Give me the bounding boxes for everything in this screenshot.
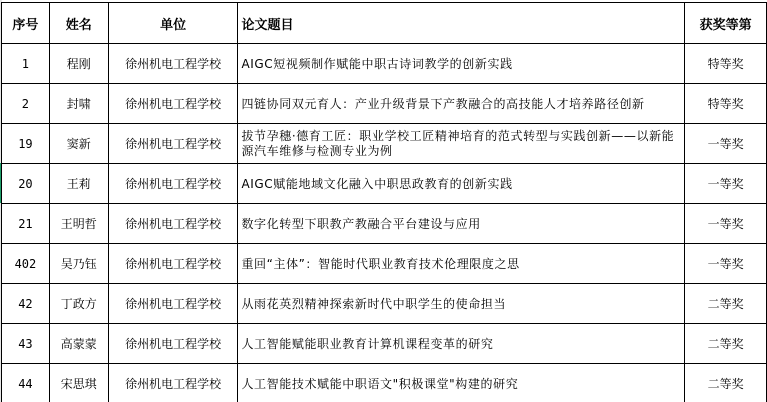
- cell-title[interactable]: 数字化转型下职教产教融合平台建设与应用: [238, 204, 685, 244]
- cell-title[interactable]: 人工智能技术赋能中职语文"积极课堂"构建的研究: [238, 364, 685, 402]
- cell-unit[interactable]: 徐州机电工程学校: [108, 84, 238, 124]
- cell-name[interactable]: 丁政方: [49, 284, 108, 324]
- cell-no[interactable]: 43: [2, 324, 50, 364]
- header-no[interactable]: 序号: [2, 3, 50, 44]
- cell-title[interactable]: AIGC赋能地域文化融入中职思政教育的创新实践: [238, 164, 685, 204]
- cell-unit[interactable]: 徐州机电工程学校: [108, 364, 238, 402]
- cell-award[interactable]: 特等奖: [685, 44, 767, 84]
- table-row: 42 丁政方 徐州机电工程学校 从雨花英烈精神探索新时代中职学生的使命担当 二等…: [2, 284, 767, 324]
- cell-award[interactable]: 特等奖: [685, 84, 767, 124]
- cell-unit[interactable]: 徐州机电工程学校: [108, 44, 238, 84]
- cell-unit[interactable]: 徐州机电工程学校: [108, 244, 238, 284]
- cell-name[interactable]: 吴乃钰: [49, 244, 108, 284]
- table-row: 43 高蒙蒙 徐州机电工程学校 人工智能赋能职业教育计算机课程变革的研究 二等奖: [2, 324, 767, 364]
- award-table: 序号 姓名 单位 论文题目 获奖等第 1 程刚 徐州机电工程学校 AIGC短视频…: [1, 2, 767, 402]
- cell-name[interactable]: 王莉: [49, 164, 108, 204]
- cell-award[interactable]: 二等奖: [685, 284, 767, 324]
- header-title[interactable]: 论文题目: [238, 3, 685, 44]
- table-row: 44 宋思琪 徐州机电工程学校 人工智能技术赋能中职语文"积极课堂"构建的研究 …: [2, 364, 767, 402]
- header-award[interactable]: 获奖等第: [685, 3, 767, 44]
- cell-no[interactable]: 21: [2, 204, 50, 244]
- cell-name[interactable]: 高蒙蒙: [49, 324, 108, 364]
- header-name[interactable]: 姓名: [49, 3, 108, 44]
- cell-no[interactable]: 44: [2, 364, 50, 402]
- cell-unit[interactable]: 徐州机电工程学校: [108, 324, 238, 364]
- header-unit[interactable]: 单位: [108, 3, 238, 44]
- table-row: 19 窦新 徐州机电工程学校 拔节孕穗·德育工匠：职业学校工匠精神培育的范式转型…: [2, 124, 767, 164]
- table-row: 2 封啸 徐州机电工程学校 四链协同双元育人：产业升级背景下产教融合的高技能人才…: [2, 84, 767, 124]
- cell-unit[interactable]: 徐州机电工程学校: [108, 284, 238, 324]
- cell-award[interactable]: 二等奖: [685, 364, 767, 402]
- cell-unit[interactable]: 徐州机电工程学校: [108, 124, 238, 164]
- cell-name[interactable]: 王明哲: [49, 204, 108, 244]
- cell-name[interactable]: 宋思琪: [49, 364, 108, 402]
- cell-no[interactable]: 42: [2, 284, 50, 324]
- cell-title[interactable]: 四链协同双元育人：产业升级背景下产教融合的高技能人才培养路径创新: [238, 84, 685, 124]
- cell-no[interactable]: 402: [2, 244, 50, 284]
- cell-award[interactable]: 一等奖: [685, 244, 767, 284]
- cell-unit[interactable]: 徐州机电工程学校: [108, 164, 238, 204]
- table-row: 402 吴乃钰 徐州机电工程学校 重回“主体”：智能时代职业教育技术伦理限度之思…: [2, 244, 767, 284]
- cell-title[interactable]: AIGC短视频制作赋能中职古诗词教学的创新实践: [238, 44, 685, 84]
- cell-award[interactable]: 一等奖: [685, 124, 767, 164]
- cell-no[interactable]: 19: [2, 124, 50, 164]
- cell-title[interactable]: 拔节孕穗·德育工匠：职业学校工匠精神培育的范式转型与实践创新——以新能源汽车维修…: [238, 124, 685, 164]
- cell-award[interactable]: 一等奖: [685, 204, 767, 244]
- cell-unit[interactable]: 徐州机电工程学校: [108, 204, 238, 244]
- cell-no[interactable]: 2: [2, 84, 50, 124]
- cell-no[interactable]: 20: [2, 164, 50, 204]
- table-row: 21 王明哲 徐州机电工程学校 数字化转型下职教产教融合平台建设与应用 一等奖: [2, 204, 767, 244]
- header-row: 序号 姓名 单位 论文题目 获奖等第: [2, 3, 767, 44]
- table-row-selected: 20 王莉 徐州机电工程学校 AIGC赋能地域文化融入中职思政教育的创新实践 一…: [2, 164, 767, 204]
- cell-title[interactable]: 人工智能赋能职业教育计算机课程变革的研究: [238, 324, 685, 364]
- cell-award[interactable]: 二等奖: [685, 324, 767, 364]
- cell-title[interactable]: 重回“主体”：智能时代职业教育技术伦理限度之思: [238, 244, 685, 284]
- cell-name[interactable]: 程刚: [49, 44, 108, 84]
- cell-name[interactable]: 窦新: [49, 124, 108, 164]
- cell-name[interactable]: 封啸: [49, 84, 108, 124]
- cell-no[interactable]: 1: [2, 44, 50, 84]
- cell-award[interactable]: 一等奖: [685, 164, 767, 204]
- table-row: 1 程刚 徐州机电工程学校 AIGC短视频制作赋能中职古诗词教学的创新实践 特等…: [2, 44, 767, 84]
- cell-title[interactable]: 从雨花英烈精神探索新时代中职学生的使命担当: [238, 284, 685, 324]
